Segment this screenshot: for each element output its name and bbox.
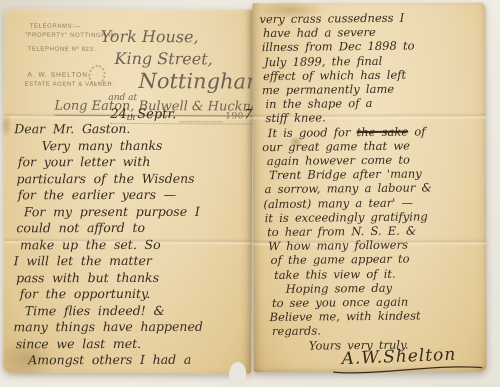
handwritten-line: I will let the matter — [14, 253, 244, 270]
date-day: 24 — [110, 107, 127, 122]
handwritten-line: for your letter with — [14, 154, 244, 171]
handwritten-line: could not afford to — [14, 220, 244, 237]
letter-body-right: very crass cussedness Ihave had a severe… — [259, 11, 483, 353]
letter-body-left: Dear Mr. Gaston.Very many thanksfor your… — [13, 121, 244, 370]
address-house: York House, — [101, 27, 199, 46]
handwritten-line: for the opportunity. — [14, 286, 244, 303]
handwritten-line: since we last met. — [13, 335, 243, 352]
handwritten-line: For my present purpose I — [14, 203, 244, 220]
signature-flourish — [332, 363, 484, 378]
handwritten-line: pass with but thanks — [14, 269, 244, 286]
handwritten-line: Amongst others I had a — [13, 352, 243, 369]
letter-page-left: TELEGRAMS:— "PROPERTY" NOTTINGHAM TELEPH… — [3, 8, 253, 373]
agent-name: A. W. SHELTON. — [27, 72, 90, 79]
fold-notch — [228, 361, 247, 387]
handwritten-line: make up the set. So — [14, 236, 244, 253]
address-street: King Street, — [115, 49, 213, 68]
telegrams-label: TELEGRAMS:— — [30, 24, 81, 30]
handwritten-line: particulars of the Wisdens — [14, 170, 244, 187]
telephone-number: TELEPHONE Nº 823. — [28, 47, 96, 53]
handwritten-line: Very many thanks — [14, 137, 244, 154]
address-city: Nottingham — [138, 69, 266, 94]
paper-stain — [0, 112, 12, 138]
handwritten-line: many things have happened — [13, 319, 243, 336]
photo-background: TELEGRAMS:— "PROPERTY" NOTTINGHAM TELEPH… — [0, 0, 500, 387]
handwritten-line: Dear Mr. Gaston. — [14, 121, 244, 138]
letter-page-right: very crass cussedness Ihave had a severe… — [252, 3, 486, 373]
handwritten-line: Time flies indeed! & — [13, 302, 243, 319]
handwritten-line: for the earlier years — — [14, 187, 244, 204]
